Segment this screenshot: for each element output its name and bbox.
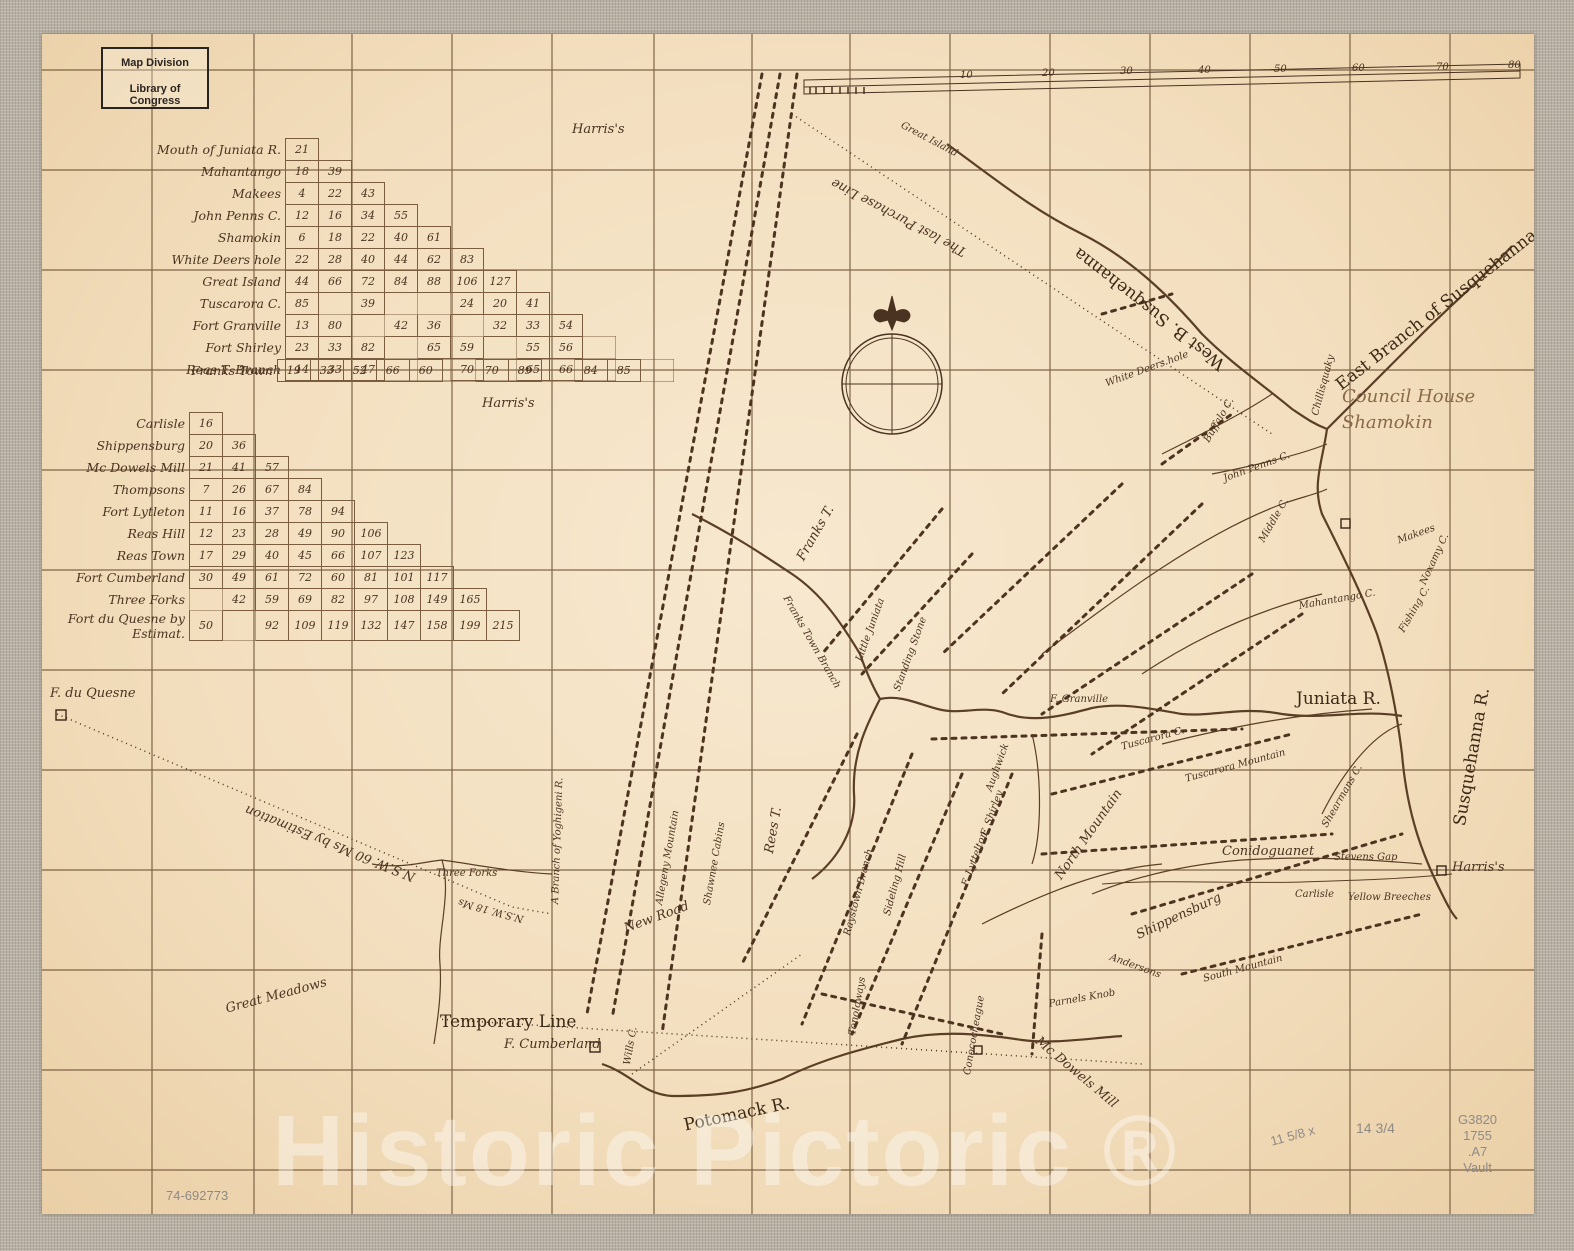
label-fort-cumberland: F. Cumberland — [504, 1037, 601, 1052]
table-row: Reas Town1729404566107123 — [42, 545, 520, 567]
table-south-header: Harris's — [482, 396, 535, 411]
table-row: Mouth of Juniata R.21 — [154, 139, 615, 161]
scale-tick: 20 — [1042, 68, 1055, 79]
compass-rose — [842, 296, 942, 434]
distance-table-south: Carlisle16 Shippensburg2036 Mc Dowels Mi… — [42, 412, 520, 641]
scale-tick: 60 — [1352, 63, 1365, 74]
table-row: Fort Lytleton1116377894 — [42, 501, 520, 523]
table-row: Reas Hill1223284990106 — [42, 523, 520, 545]
label-juniata-r: Juniata R. — [1296, 689, 1381, 709]
table-row: Fort Granville13804236323354 — [154, 315, 615, 337]
stamp-line-1: Map Division — [103, 57, 207, 69]
label-stevens-gap: Stevens Gap — [1334, 852, 1397, 863]
table-row: Shippensburg2036 — [42, 435, 520, 457]
table-row: Fort Cumberland304961726081101117 — [42, 567, 520, 589]
stamp-line-2: Library of Congress — [103, 83, 207, 107]
label-fort-du-quesne: F. du Quesne — [50, 686, 136, 701]
label-temporary-line: Temporary Line — [440, 1012, 576, 1032]
scale-tick: 30 — [1120, 66, 1133, 77]
scale-bar — [804, 64, 1520, 94]
label-shamokin: Shamokin — [1342, 412, 1433, 433]
table-north-header: Harris's — [572, 122, 625, 137]
table-row: Tuscarora C.8539242041 — [154, 293, 615, 315]
scale-tick: 80 — [1508, 60, 1521, 71]
accession-number: 74-692773 — [166, 1188, 228, 1203]
table-row: Carlisle16 — [42, 413, 520, 435]
table-row: Thompsons7266784 — [42, 479, 520, 501]
label-carlisle: Carlisle — [1295, 889, 1334, 900]
table-row: Mc Dowels Mill214157 — [42, 457, 520, 479]
label-council-house: Council House — [1342, 386, 1475, 407]
pencil-size-note-2: 14 3/4 — [1356, 1120, 1395, 1136]
label-conidoguanet: Conidoguanet — [1222, 844, 1314, 859]
watermark: Historic Pictoric ® — [272, 1094, 1178, 1209]
scale-tick: 70 — [1436, 62, 1449, 73]
table-row: Three Forks4259698297108149165 — [42, 589, 520, 611]
distance-table-north: Mouth of Juniata R.21 Mahantango1839 Mak… — [154, 138, 616, 381]
table-row: Franks Town193352666070898485 — [188, 360, 673, 382]
call-number: G3820 1755 .A7 Vault — [1458, 1112, 1497, 1176]
table-row: Fort Shirley23338265595556 — [154, 337, 615, 359]
table-row: Great Island4466728488106127 — [154, 271, 615, 293]
scale-tick: 10 — [960, 70, 973, 81]
mountain-ridges — [587, 74, 1422, 1054]
table-row: Mahantango1839 — [154, 161, 615, 183]
scale-tick: 40 — [1198, 65, 1211, 76]
table-row: Shamokin618224061 — [154, 227, 615, 249]
table-row: Makees42243 — [154, 183, 615, 205]
label-harris: Harris's — [1452, 860, 1505, 875]
label-three-forks: Three Forks — [436, 868, 497, 879]
label-fort-granville: F. Granville — [1050, 694, 1108, 705]
table-row: White Deers hole222840446283 — [154, 249, 615, 271]
table-row: Fort du Quesne by Estimat.50921091191321… — [42, 611, 520, 641]
scale-tick: 50 — [1274, 64, 1287, 75]
table-row: John Penns C.12163455 — [154, 205, 615, 227]
label-yellow-breeches: Yellow Breeches — [1348, 892, 1431, 903]
map-sheet: Map Division Library of Congress 10 20 3… — [42, 34, 1534, 1214]
library-stamp: Map Division Library of Congress — [101, 47, 209, 109]
distance-table-north-last-row: Franks Town193352666070898485 — [188, 359, 674, 382]
